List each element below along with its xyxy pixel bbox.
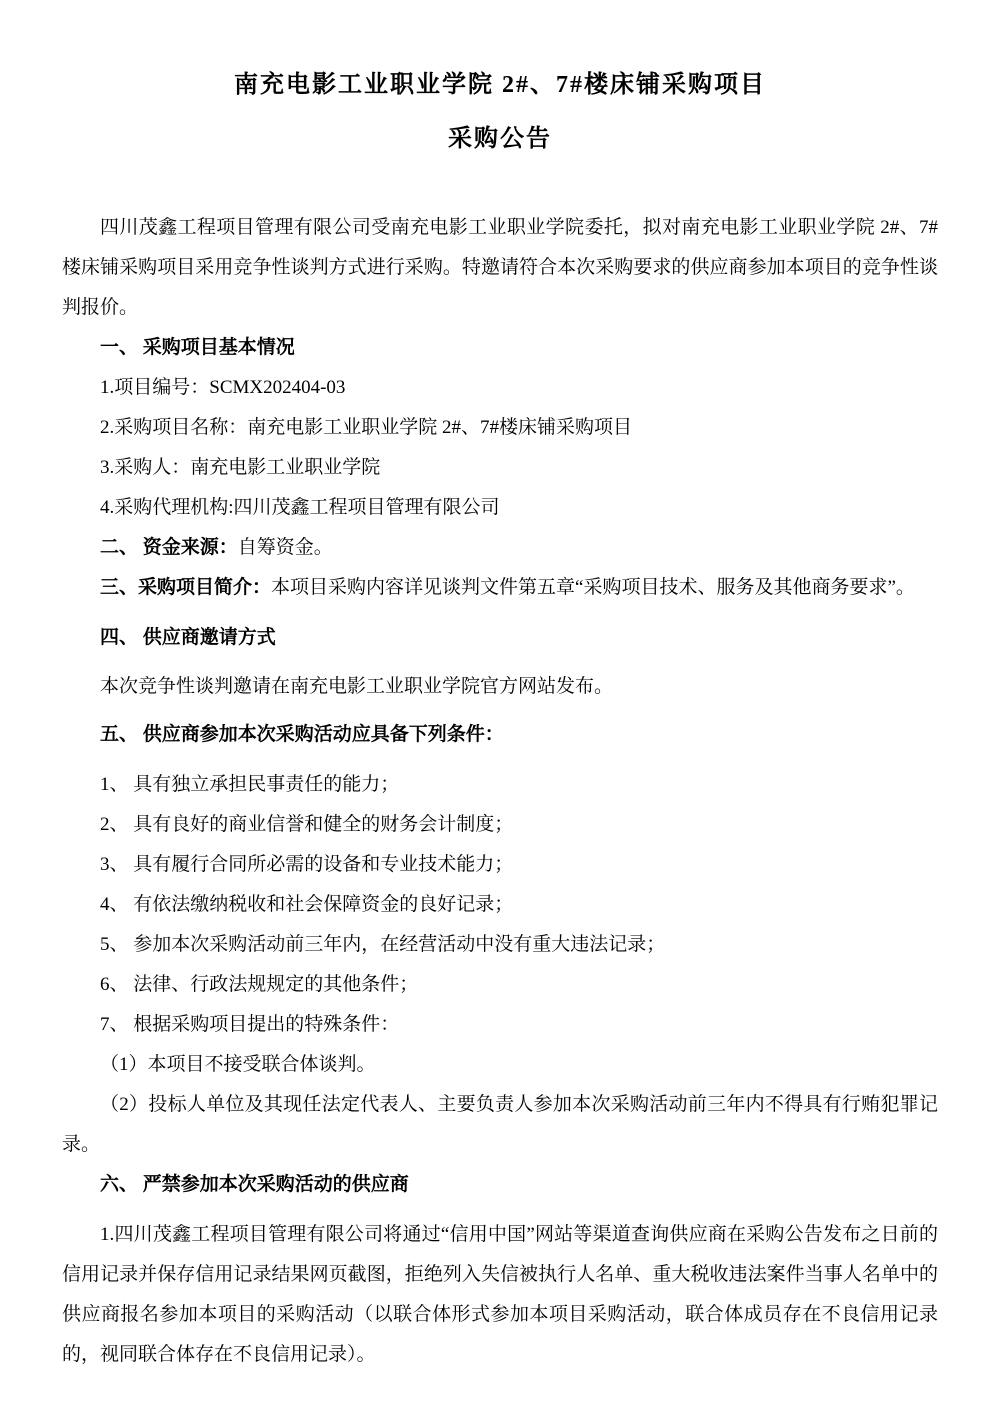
special-condition-1: （1）本项目不接受联合体谈判。 — [62, 1045, 938, 1085]
section-3-summary: 三、采购项目简介：本项目采购内容详见谈判文件第五章“采购项目技术、服务及其他商务… — [62, 568, 938, 608]
document-title: 南充电影工业职业学院 2#、7#楼床铺采购项目 — [62, 58, 938, 112]
paragraph-bold-run: 六、 严禁参加本次采购活动的供应商 — [100, 1174, 409, 1195]
paragraph-text-run: 3.采购人：南充电影工业职业学院 — [100, 457, 380, 478]
paragraph-text-run: 本项目采购内容详见谈判文件第五章“采购项目技术、服务及其他商务要求”。 — [271, 577, 915, 598]
paragraph-text-run: 6、 法律、行政法规规定的其他条件； — [100, 974, 418, 995]
condition-4: 4、 有依法缴纳税收和社会保障资金的良好记录； — [62, 885, 938, 925]
section-2-funding: 二、 资金来源：自筹资金。 — [62, 528, 938, 568]
condition-2: 2、 具有良好的商业信誉和健全的财务会计制度； — [62, 805, 938, 845]
paragraph-text-run: 1.四川茂鑫工程项目管理有限公司将通过“信用中国”网站等渠道查询供应商在采购公告… — [62, 1224, 938, 1365]
section-6-heading: 六、 严禁参加本次采购活动的供应商 — [62, 1165, 938, 1205]
paragraph-bold-run: 二、 资金来源： — [100, 537, 238, 558]
paragraph-text-run: 4、 有依法缴纳税收和社会保障资金的良好记录； — [100, 894, 513, 915]
document-page: 南充电影工业职业学院 2#、7#楼床铺采购项目 采购公告 四川茂鑫工程项目管理有… — [0, 0, 1000, 1414]
paragraph-text-run: 四川茂鑫工程项目管理有限公司受南充电影工业职业学院委托，拟对南充电影工业职业学院… — [62, 217, 938, 318]
paragraph-bold-run: 四、 供应商邀请方式 — [100, 627, 276, 648]
section-5-heading: 五、 供应商参加本次采购活动应具备下列条件： — [62, 715, 938, 755]
paragraph-text-run: （1）本项目不接受联合体谈判。 — [100, 1054, 376, 1075]
purchaser-item: 3.采购人：南充电影工业职业学院 — [62, 448, 938, 488]
paragraph-text-run: （2）投标人单位及其现任法定代表人、主要负责人参加本次采购活动前三年内不得具有行… — [62, 1094, 938, 1155]
document-header: 南充电影工业职业学院 2#、7#楼床铺采购项目 采购公告 — [62, 58, 938, 166]
special-condition-2: （2）投标人单位及其现任法定代表人、主要负责人参加本次采购活动前三年内不得具有行… — [62, 1085, 938, 1165]
condition-3: 3、 具有履行合同所必需的设备和专业技术能力； — [62, 845, 938, 885]
paragraph-text-run: 3、 具有履行合同所必需的设备和专业技术能力； — [100, 854, 513, 875]
paragraph-bold-run: 三、采购项目简介： — [100, 577, 271, 598]
document-subtitle: 采购公告 — [62, 112, 938, 166]
section-1-heading: 一、 采购项目基本情况 — [62, 328, 938, 368]
paragraph-text-run: 5、 参加本次采购活动前三年内，在经营活动中没有重大违法记录； — [100, 934, 665, 955]
paragraph-text-run: 1.项目编号：SCMX202404-03 — [100, 377, 345, 398]
paragraph-bold-run: 一、 采购项目基本情况 — [100, 337, 295, 358]
paragraph-text-run: 本次竞争性谈判邀请在南充电影工业职业学院官方网站发布。 — [100, 676, 613, 697]
section-4-heading: 四、 供应商邀请方式 — [62, 618, 938, 658]
procurement-agency-item: 4.采购代理机构:四川茂鑫工程项目管理有限公司 — [62, 488, 938, 528]
paragraph-text-run: 2、 具有良好的商业信誉和健全的财务会计制度； — [100, 814, 513, 835]
condition-5: 5、 参加本次采购活动前三年内，在经营活动中没有重大违法记录； — [62, 925, 938, 965]
paragraph-text-run: 1、 具有独立承担民事责任的能力； — [100, 774, 399, 795]
intro-paragraph: 四川茂鑫工程项目管理有限公司受南充电影工业职业学院委托，拟对南充电影工业职业学院… — [62, 208, 938, 328]
document-body: 四川茂鑫工程项目管理有限公司受南充电影工业职业学院委托，拟对南充电影工业职业学院… — [62, 208, 938, 1375]
project-name-item: 2.采购项目名称：南充电影工业职业学院 2#、7#楼床铺采购项目 — [62, 408, 938, 448]
paragraph-bold-run: 五、 供应商参加本次采购活动应具备下列条件： — [100, 724, 504, 745]
condition-6: 6、 法律、行政法规规定的其他条件； — [62, 965, 938, 1005]
paragraph-text-run: 4.采购代理机构:四川茂鑫工程项目管理有限公司 — [100, 497, 500, 518]
paragraph-text-run: 自筹资金。 — [238, 537, 333, 558]
paragraph-text-run: 7、 根据采购项目提出的特殊条件： — [100, 1014, 399, 1035]
condition-1: 1、 具有独立承担民事责任的能力； — [62, 765, 938, 805]
paragraph-text-run: 2.采购项目名称：南充电影工业职业学院 2#、7#楼床铺采购项目 — [100, 417, 632, 438]
credit-check-paragraph: 1.四川茂鑫工程项目管理有限公司将通过“信用中国”网站等渠道查询供应商在采购公告… — [62, 1215, 938, 1375]
condition-7: 7、 根据采购项目提出的特殊条件： — [62, 1005, 938, 1045]
invitation-method-text: 本次竞争性谈判邀请在南充电影工业职业学院官方网站发布。 — [62, 667, 938, 707]
project-number-item: 1.项目编号：SCMX202404-03 — [62, 368, 938, 408]
